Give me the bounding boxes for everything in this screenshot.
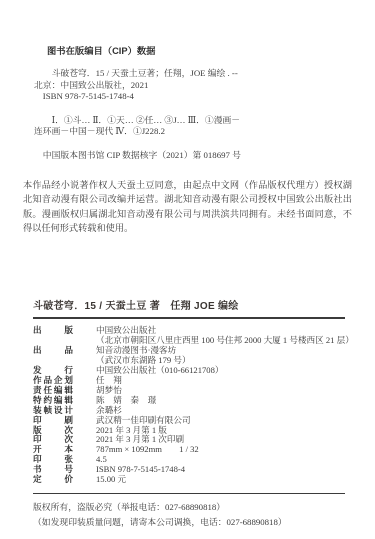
book-title: 斗破苍穹．15 / 天蚕土豆 著 任翔 JOE 编绘 bbox=[33, 297, 345, 319]
colophon-row: 责任编辑 胡梦怡 bbox=[33, 386, 345, 396]
colophon-main: 斗破苍穹．15 / 天蚕土豆 著 任翔 JOE 编绘 出版 中国致公出版社 （北… bbox=[33, 297, 345, 529]
colophon-row: 版次 2021 年 3 月第 1 版 bbox=[33, 426, 345, 436]
colophon-row: 定价 15.00 元 bbox=[33, 475, 345, 485]
colophon-row-value: 787mm × 1092mm 1 / 32 bbox=[96, 445, 345, 455]
colophon-row: 出版 中国致公出版社 （北京市朝阳区八里庄西里 100 号住邦 2000 大厦 … bbox=[33, 326, 345, 346]
colophon-row-body: ISBN 978-7-5145-1748-4 bbox=[96, 465, 345, 475]
cip-section: 图书在版编目（CIP）数据 斗破苍穹．15 / 天蚕土豆著；任翔，JOE 编绘 … bbox=[34, 46, 342, 162]
colophon-row-value: 中国致公出版社（010-66121708） bbox=[96, 366, 345, 376]
rights-notice: 本作品经小说著作权人天蚕土豆同意，由起点中文网（作品版权代理方）授权湖北知音动漫… bbox=[23, 178, 352, 236]
colophon-table: 出版 中国致公出版社 （北京市朝阳区八里庄西里 100 号住邦 2000 大厦 … bbox=[33, 326, 345, 485]
colophon-row: 出品 知音动漫图书·漫客坊 （武汉市东湖路 179 号） bbox=[33, 346, 345, 366]
anti-piracy-note: 版权所有，盗版必究（举报电话：027-68890818） bbox=[33, 500, 345, 515]
cip-classification-line1: Ⅰ．①斗… Ⅱ．①天… ②任… ③J… Ⅲ．①漫画－ bbox=[34, 115, 342, 126]
cip-classification-line2: 连环画－中国－现代 Ⅳ．①J228.2 bbox=[34, 126, 342, 137]
cip-record-number: 中国版本图书馆 CIP 数据核字（2021）第 018697 号 bbox=[34, 150, 342, 161]
colophon-row: 发行 中国致公出版社（010-66121708） bbox=[33, 366, 345, 376]
colophon-row: 书号 ISBN 978-7-5145-1748-4 bbox=[33, 465, 345, 475]
colophon-row-body: 15.00 元 bbox=[96, 475, 345, 485]
colophon-row: 特约编辑 陈 婧 秦 璟 bbox=[33, 396, 345, 406]
cip-isbn-line: ISBN 978-7-5145-1748-4 bbox=[34, 91, 342, 102]
cip-heading: 图书在版编目（CIP）数据 bbox=[47, 46, 342, 57]
colophon-row: 作品企划 任 翔 bbox=[33, 376, 345, 386]
colophon-row: 印刷 武汉精一佳印刷有限公司 bbox=[33, 416, 345, 426]
cip-title-line: 斗破苍穹．15 / 天蚕土豆著；任翔，JOE 编绘 . -- bbox=[34, 68, 342, 79]
colophon-row-label: 定价 bbox=[33, 475, 73, 485]
copyright-page: 图书在版编目（CIP）数据 斗破苍穹．15 / 天蚕土豆著；任翔，JOE 编绘 … bbox=[0, 0, 375, 539]
colophon-row-value: 任 翔 bbox=[96, 376, 345, 386]
colophon-row: 开本 787mm × 1092mm 1 / 32 bbox=[33, 445, 345, 455]
footer-notes: 版权所有，盗版必究（举报电话：027-68890818） （如发现印装质量问题，… bbox=[33, 500, 345, 529]
page-content: 图书在版编目（CIP）数据 斗破苍穹．15 / 天蚕土豆著；任翔，JOE 编绘 … bbox=[0, 0, 375, 529]
colophon-row-body: 知音动漫图书·漫客坊 （武汉市东湖路 179 号） bbox=[96, 346, 345, 366]
colophon-row-body: 787mm × 1092mm 1 / 32 bbox=[96, 445, 345, 455]
quality-exchange-note: （如发现印装质量问题，请寄本公司调换，电话：027-68890818） bbox=[33, 515, 345, 530]
colophon-row-value: ISBN 978-7-5145-1748-4 bbox=[96, 465, 345, 475]
colophon-row-label: 出版 bbox=[33, 326, 73, 336]
colophon-row-value: 陈 婧 秦 璟 bbox=[96, 396, 345, 406]
cip-publisher-line: 北京：中国致公出版社，2021 bbox=[34, 80, 342, 91]
colophon-row-body: 中国致公出版社（010-66121708） bbox=[96, 366, 345, 376]
colophon-row-value: 15.00 元 bbox=[96, 475, 345, 485]
colophon-row: 印张 4.5 bbox=[33, 455, 345, 465]
colophon-row-body: 陈 婧 秦 璟 bbox=[96, 396, 345, 406]
colophon-row-body: 中国致公出版社 （北京市朝阳区八里庄西里 100 号住邦 2000 大厦 1 号… bbox=[96, 326, 345, 346]
footer-divider bbox=[33, 493, 345, 494]
colophon-row-label: 出品 bbox=[33, 346, 73, 356]
colophon-row-body: 任 翔 bbox=[96, 376, 345, 386]
